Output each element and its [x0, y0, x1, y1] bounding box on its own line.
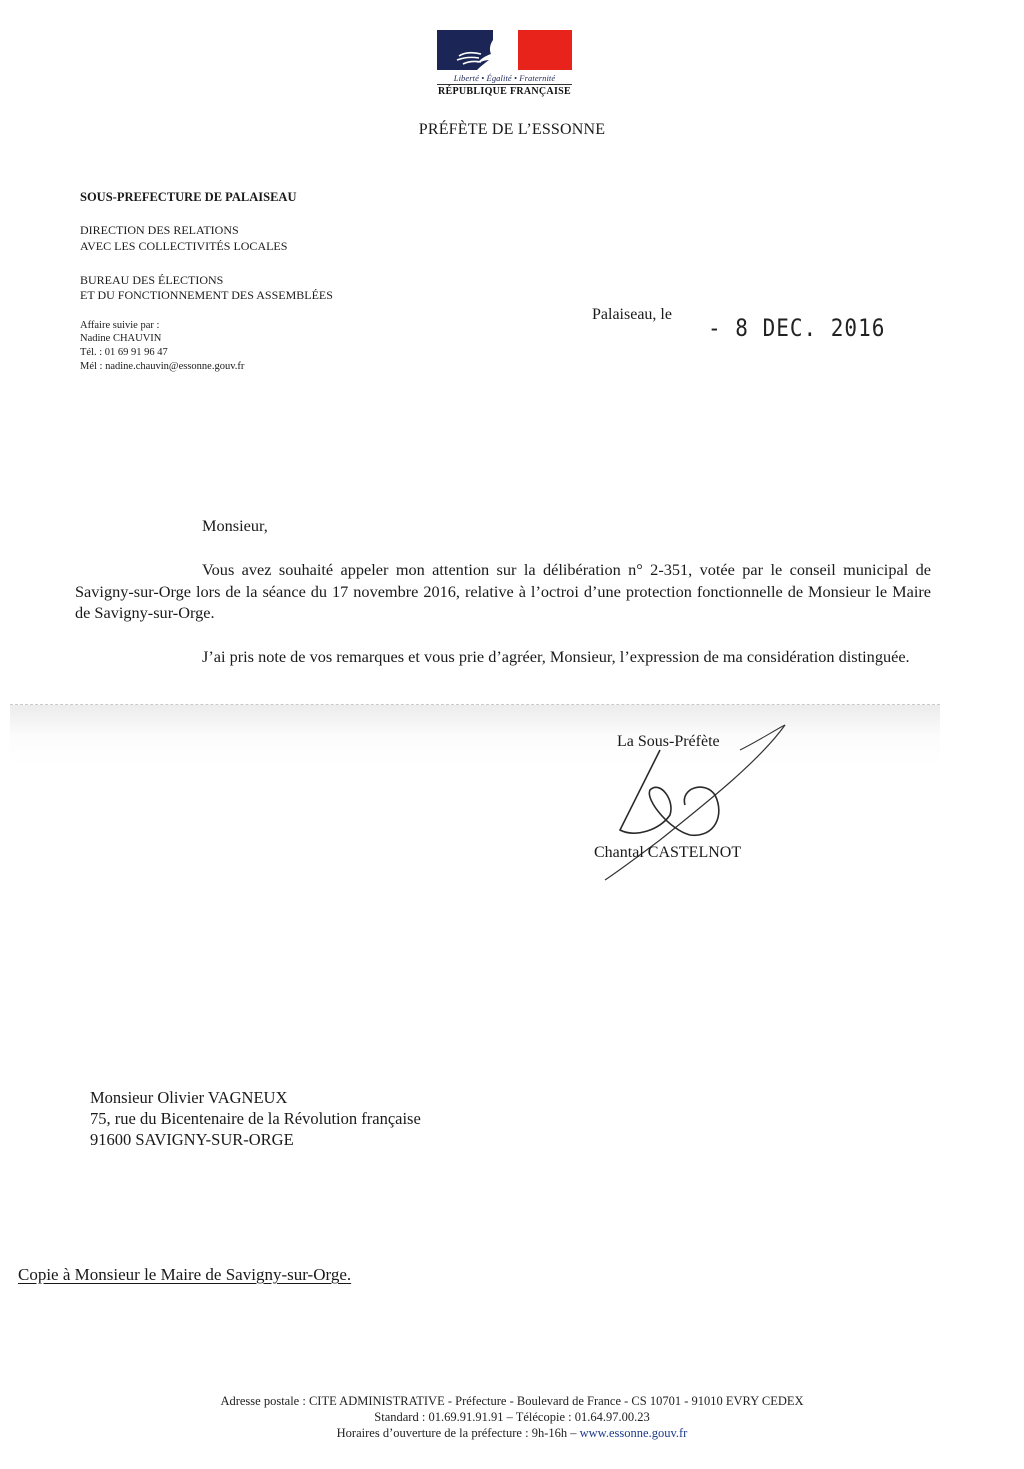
paragraph-1-text: Vous avez souhaité appeler mon attention… [75, 560, 931, 622]
contact-phone: Tél. : 01 69 91 96 47 [80, 347, 168, 360]
marianne-flag-icon [437, 30, 572, 70]
handwritten-signature-icon [590, 720, 800, 890]
marianne-logo: Liberté • Égalité • Fraternité RÉPUBLIQU… [437, 30, 572, 97]
republic-name: RÉPUBLIQUE FRANÇAISE [437, 84, 572, 97]
sender-direction-line1: DIRECTION DES RELATIONS [80, 223, 239, 238]
date-place: Palaiseau, le [592, 306, 672, 324]
recipient-city: 91600 SAVIGNY-SUR-ORGE [90, 1129, 421, 1150]
signatory-name: Chantal CASTELNOT [594, 844, 741, 862]
contact-email: Mél : nadine.chauvin@essonne.gouv.fr [80, 361, 244, 374]
contact-name: Nadine CHAUVIN [80, 333, 161, 346]
recipient-name: Monsieur Olivier VAGNEUX [90, 1087, 421, 1108]
copy-notice: Copie à Monsieur le Maire de Savigny-sur… [18, 1265, 351, 1285]
sender-bureau-line2: ET DU FONCTIONNEMENT DES ASSEMBLÉES [80, 288, 333, 303]
followed-by-label: Affaire suivie par : [80, 320, 159, 333]
footer-hours: Horaires d’ouverture de la préfecture : … [0, 1425, 1024, 1441]
authority-heading: PRÉFÈTE DE L’ESSONNE [0, 121, 1024, 139]
paragraph-1: Vous avez souhaité appeler mon attention… [75, 559, 931, 624]
date-stamp: - 8 DEC. 2016 [708, 314, 885, 342]
website-link[interactable]: www.essonne.gouv.fr [580, 1426, 688, 1440]
republic-motto: Liberté • Égalité • Fraternité [437, 73, 572, 83]
paragraph-2: J’ai pris note de vos remarques et vous … [75, 646, 931, 668]
paragraph-2-text: J’ai pris note de vos remarques et vous … [202, 647, 910, 666]
recipient-address: Monsieur Olivier VAGNEUX 75, rue du Bice… [90, 1087, 421, 1150]
paper-fold-shadow [10, 704, 940, 764]
footer-hours-text: Horaires d’ouverture de la préfecture : … [337, 1426, 580, 1440]
sender-bureau-line1: BUREAU DES ÉLECTIONS [80, 273, 223, 288]
recipient-street: 75, rue du Bicentenaire de la Révolution… [90, 1108, 421, 1129]
footer: Adresse postale : CITE ADMINISTRATIVE - … [0, 1393, 1024, 1441]
footer-phones: Standard : 01.69.91.91.91 – Télécopie : … [0, 1409, 1024, 1425]
salutation: Monsieur, [202, 515, 268, 537]
sender-office: SOUS-PREFECTURE DE PALAISEAU [80, 190, 296, 205]
footer-address: Adresse postale : CITE ADMINISTRATIVE - … [0, 1393, 1024, 1409]
sender-direction-line2: AVEC LES COLLECTIVITÉS LOCALES [80, 239, 287, 254]
